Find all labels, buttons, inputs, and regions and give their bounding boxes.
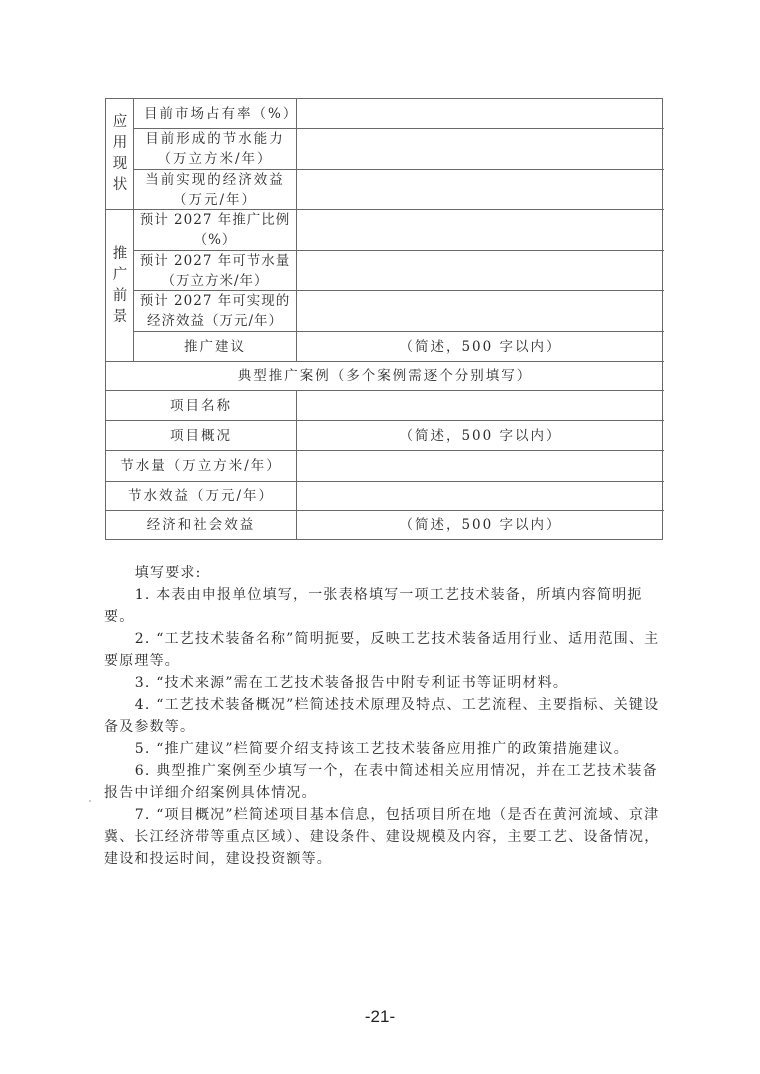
page-number: -21-: [0, 1007, 760, 1027]
field-label-project-name: 项目名称: [106, 391, 296, 420]
label-char: 景: [113, 307, 128, 328]
field-label-2027-promotion-ratio: 预计 2027 年推广比例 （%）: [134, 210, 296, 250]
label-char: 广: [113, 265, 128, 286]
field-input-water-saving-benefit[interactable]: [297, 482, 664, 510]
filling-instructions: 填写要求: 1. 本表由申报单位填写，一张表格填写一项工艺技术装备，所填内容简明…: [104, 562, 664, 870]
field-input-2027-water-saving[interactable]: [297, 251, 664, 290]
label-char: 状: [113, 175, 128, 196]
label-char: 用: [113, 133, 128, 154]
label-char: 现: [113, 154, 128, 175]
field-label-water-saving-benefit: 节水效益（万元/年）: [106, 482, 296, 510]
field-label-promotion-suggestion: 推广建议: [134, 332, 296, 361]
instruction-item: 7. “项目概况”栏简述项目基本信息，包括项目所在地（是否在黄河流域、京津冀、长…: [104, 804, 664, 870]
instruction-item: 5. “推广建议”栏简要介绍支持该工艺技术装备应用推广的政策措施建议。: [104, 738, 664, 760]
field-label-project-overview: 项目概况: [106, 421, 296, 450]
field-input-water-saving-amount[interactable]: [297, 451, 664, 481]
field-label-economic-social-benefit: 经济和社会效益: [106, 511, 296, 539]
instructions-heading: 填写要求:: [104, 562, 664, 584]
instruction-item: 4. “工艺技术装备概况”栏简述技术原理及特点、工艺流程、主要指标、关键设备及参…: [104, 694, 664, 738]
field-input-promotion-suggestion[interactable]: （简述，500 字以内）: [297, 332, 664, 361]
label-char: 前: [113, 286, 128, 307]
field-input-water-saving-capacity[interactable]: [297, 129, 664, 169]
section-label-application-status: 应 用 现 状: [106, 99, 134, 209]
field-label-water-saving-capacity: 目前形成的节水能力 （万立方米/年）: [134, 129, 296, 169]
typical-case-header: 典型推广案例（多个案例需逐个分别填写）: [106, 362, 664, 390]
field-label-2027-economic-benefit: 预计 2027 年可实现的 经济效益（万元/年）: [134, 291, 296, 331]
field-input-2027-promotion-ratio[interactable]: [297, 210, 664, 250]
field-input-economic-social-benefit[interactable]: （简述，500 字以内）: [297, 511, 664, 539]
field-input-2027-economic-benefit[interactable]: [297, 291, 664, 331]
instruction-item: 3. “技术来源”需在工艺技术装备报告中附专利证书等证明材料。: [104, 672, 664, 694]
field-label-2027-water-saving: 预计 2027 年可节水量 （万立方米/年）: [134, 251, 296, 290]
scan-speck: [89, 800, 91, 802]
instruction-item: 2. “工艺技术装备名称”简明扼要，反映工艺技术装备适用行业、适用范围、主要原理…: [104, 628, 664, 672]
label-char: 应: [113, 112, 128, 133]
field-input-current-economic-benefit[interactable]: [297, 170, 664, 209]
section-label-promotion-prospects: 推 广 前 景: [106, 210, 134, 361]
field-input-project-overview[interactable]: （简述，500 字以内）: [297, 421, 664, 450]
field-label-water-saving-amount: 节水量（万立方米/年）: [106, 451, 296, 481]
field-input-project-name[interactable]: [297, 391, 664, 420]
instruction-item: 6. 典型推广案例至少填写一个，在表中简述相关应用情况，并在工艺技术装备报告中详…: [104, 760, 664, 804]
field-label-current-economic-benefit: 当前实现的经济效益 （万元/年）: [134, 170, 296, 209]
label-char: 推: [113, 244, 128, 265]
field-label-market-share: 目前市场占有率（%）: [134, 99, 296, 128]
application-form-table: 应 用 现 状 目前市场占有率（%） 目前形成的节水能力 （万立方米/年） 当前…: [105, 98, 663, 540]
instruction-item: 1. 本表由申报单位填写，一张表格填写一项工艺技术装备，所填内容简明扼要。: [104, 584, 664, 628]
field-input-market-share[interactable]: [297, 99, 664, 128]
